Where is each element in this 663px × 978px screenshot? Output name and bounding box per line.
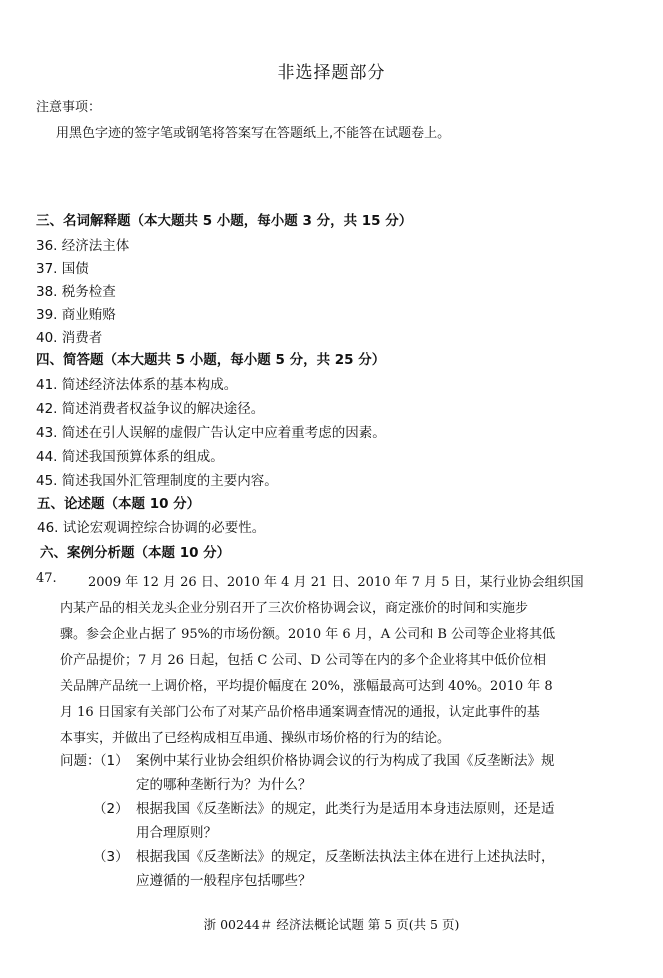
question-item: 39. 商业贿赂 (36, 303, 116, 323)
question-item: 40. 消费者 (36, 326, 102, 346)
case-line: 内某产品的相关龙头企业分别召开了三次价格协调会议，商定涨价的时间和实施步 (60, 597, 528, 616)
section-heading-5: 五、论述题（本题 10 分） (37, 492, 200, 512)
sub-question-number: （2） (93, 797, 129, 817)
page-footer: 浙 00244＃ 经济法概论试题 第 5 页(共 5 页) (0, 915, 663, 933)
question-item: 46. 试论宏观调控综合协调的必要性。 (37, 516, 265, 536)
notice-text: 用黑色字迹的签字笔或钢笔将答案写在答题纸上,不能答在试题卷上。 (56, 122, 450, 141)
question-item: 37. 国债 (36, 257, 89, 277)
case-line: 2009 年 12 月 26 日、2010 年 4 月 21 日、2010 年 … (88, 571, 584, 590)
notice-label: 注意事项： (36, 96, 101, 115)
case-number: 47. (36, 571, 57, 586)
case-line: 骤。参会企业占据了 95%的市场份额。2010 年 6 月，A 公司和 B 公司… (60, 623, 555, 642)
question-item: 43. 简述在引人误解的虚假广告认定中应着重考虑的因素。 (36, 421, 386, 441)
case-line: 月 16 日国家有关部门公布了对某产品价格串通案调查情况的通报，认定此事件的基 (60, 701, 540, 720)
question-item: 38. 税务检查 (36, 280, 116, 300)
sub-question-line: 应遵循的一般程序包括哪些？ (136, 869, 312, 889)
section-heading-3: 三、名词解释题（本大题共 5 小题，每小题 3 分，共 15 分） (36, 209, 412, 229)
case-line: 关品牌产品统一上调价格，平均提价幅度在 20%，涨幅最高可达到 40%。2010… (60, 675, 553, 694)
case-line: 价产品提价；7 月 26 日起，包括 C 公司、D 公司等在内的多个企业将其中低… (60, 649, 546, 668)
sub-question-number: （3） (93, 845, 129, 865)
sub-question-number: （1） (93, 749, 129, 769)
sub-question-line: 定的哪种垄断行为？为什么？ (136, 773, 312, 793)
case-line: 本事实，并做出了已经构成相互串通、操纵市场价格的行为的结论。 (60, 727, 450, 746)
sub-question-line: 根据我国《反垄断法》的规定，反垄断法执法主体在进行上述执法时， (136, 845, 555, 865)
sub-question-line: 用合理原则？ (136, 821, 217, 841)
page-title: 非选择题部分 (0, 58, 663, 83)
question-item: 36. 经济法主体 (36, 234, 129, 254)
question-item: 45. 简述我国外汇管理制度的主要内容。 (36, 469, 278, 489)
sub-question-line: 根据我国《反垄断法》的规定，此类行为是适用本身违法原则，还是适 (136, 797, 555, 817)
question-item: 41. 简述经济法体系的基本构成。 (36, 373, 237, 393)
question-item: 42. 简述消费者权益争议的解决途径。 (36, 397, 264, 417)
section-heading-4: 四、简答题（本大题共 5 小题，每小题 5 分，共 25 分） (36, 348, 385, 368)
sub-question-line: 案例中某行业协会组织价格协调会议的行为构成了我国《反垄断法》规 (136, 749, 555, 769)
question-item: 44. 简述我国预算体系的组成。 (36, 445, 224, 465)
section-heading-6: 六、案例分析题（本题 10 分） (40, 541, 230, 561)
